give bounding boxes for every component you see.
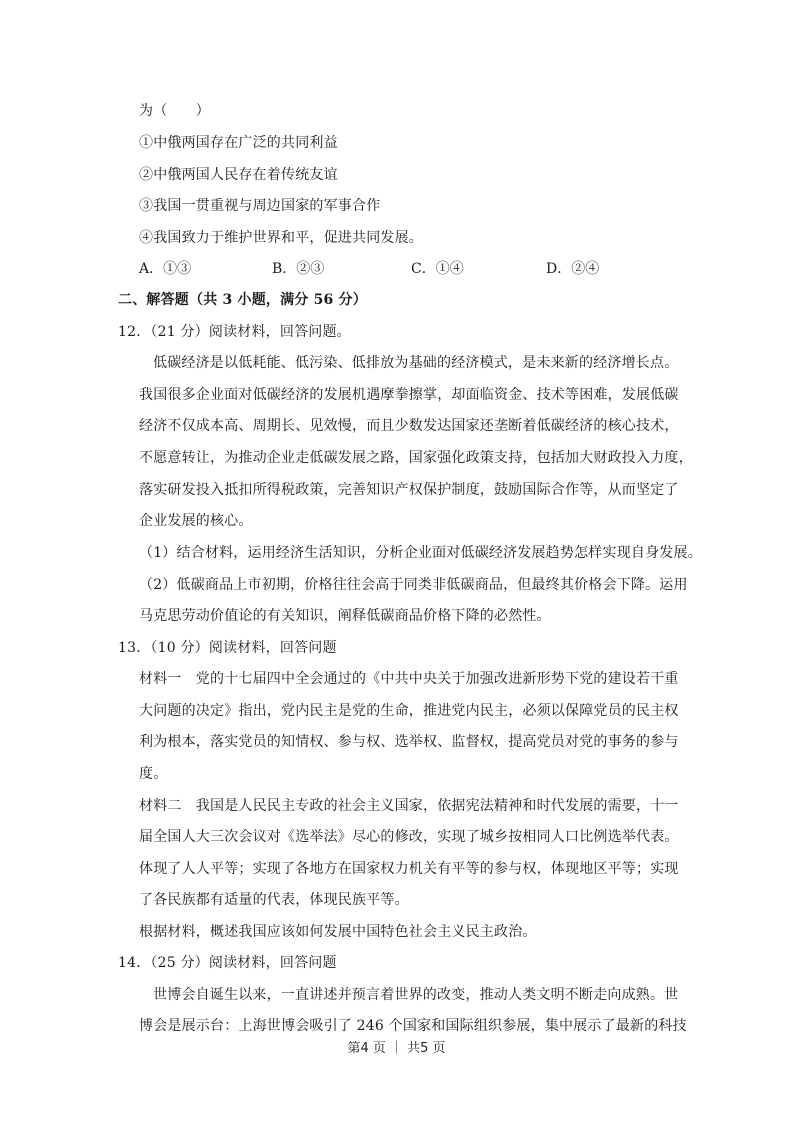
question-14-header: 14．（25 分）阅读材料，回答问题	[118, 953, 337, 973]
question-13-header: 13．（10 分）阅读材料，回答问题	[118, 638, 337, 658]
q13-material1-line: 大问题的决定》指出，党内民主是党的生命，推进党内民主，必须以保障党员的民主权	[139, 701, 679, 721]
statement-2: ②中俄两国人民存在着传统友谊	[139, 165, 338, 185]
option-d: D．②④	[546, 259, 599, 279]
q12-subquestion-2-cont: 马克思劳动价值论的有关知识，阐释低碳商品价格下降的必然性。	[139, 606, 551, 626]
q13-material2-line: 届全国人大三次会议对《选举法》尽心的修改，实现了城乡按相同人口比例选举代表。	[139, 827, 679, 847]
q13-material1-line: 利为根本，落实党员的知情权、参与权、选举权、监督权，提高党员对党的事务的参与	[139, 732, 679, 752]
q13-material1-line: 材料一 党的十七届四中全会通过的《中共中央关于加强改进新形势下党的建设若干重	[139, 669, 679, 689]
question-stem-tail: 为（ ）	[139, 101, 210, 121]
q12-text-line: 经济不仅成本高、周期长、见效慢，而且少数发达国家还垄断着低碳经济的核心技术，	[139, 416, 679, 436]
q12-text-line: 低碳经济是以低耗能、低污染、低排放为基础的经济模式，是未来新的经济增长点。	[153, 353, 678, 373]
q12-text-line: 落实研发投入抵扣所得税政策，完善知识产权保护制度，鼓励国际合作等，从而坚定了	[139, 480, 679, 500]
q12-text-line: 我国很多企业面对低碳经济的发展机遇摩拳擦掌，却面临资金、技术等困难，发展低碳	[139, 385, 679, 405]
statement-3: ③我国一贯重视与周边国家的军事合作	[139, 196, 380, 216]
q12-subquestion-1: （1）结合材料，运用经济生活知识，分析企业面对低碳经济发展趋势怎样实现自身发展。	[139, 543, 702, 563]
question-12-header: 12．（21 分）阅读材料，回答问题。	[118, 322, 351, 342]
q13-prompt: 根据材料，概述我国应该如何发展中国特色社会主义民主政治。	[139, 922, 537, 942]
q12-text-line: 不愿意转让，为推动企业走低碳发展之路，国家强化政策支持，包括加大财政投入力度，	[139, 448, 693, 468]
option-a: A．①③	[139, 259, 191, 279]
q14-text-line: 世博会自诞生以来，一直讲述并预言着世界的改变，推动人类文明不断走向成熟。世	[153, 985, 678, 1005]
section-heading: 二、解答题（共 3 小题，满分 56 分）	[118, 290, 367, 310]
page-footer: 第4 页 ｜ 共5 页	[0, 1037, 793, 1056]
q13-material1-line: 度。	[139, 764, 167, 784]
q12-subquestion-2: （2）低碳商品上市初期，价格往往会高于同类非低碳商品，但最终其价格会下降。运用	[139, 575, 688, 595]
option-b: B．②③	[272, 259, 324, 279]
q12-text-line: 企业发展的核心。	[139, 511, 253, 531]
q13-material2-line: 体现了人人平等；实现了各地方在国家权力机关有平等的参与权，体现地区平等；实现	[139, 859, 679, 879]
statement-1: ①中俄两国存在广泛的共同利益	[139, 133, 338, 153]
q13-material2-line: 材料二 我国是人民民主专政的社会主义国家，依据宪法精神和时代发展的需要，十一	[139, 796, 679, 816]
statement-4: ④我国致力于维护世界和平，促进共同发展。	[139, 228, 423, 248]
q13-material2-line: 了各民族都有适量的代表，体现民族平等。	[139, 890, 409, 910]
q14-text-line: 博会是展示台：上海世博会吸引了 246 个国家和国际组织参展，集中展示了最新的科…	[139, 1016, 687, 1036]
option-c: C．①④	[411, 259, 464, 279]
